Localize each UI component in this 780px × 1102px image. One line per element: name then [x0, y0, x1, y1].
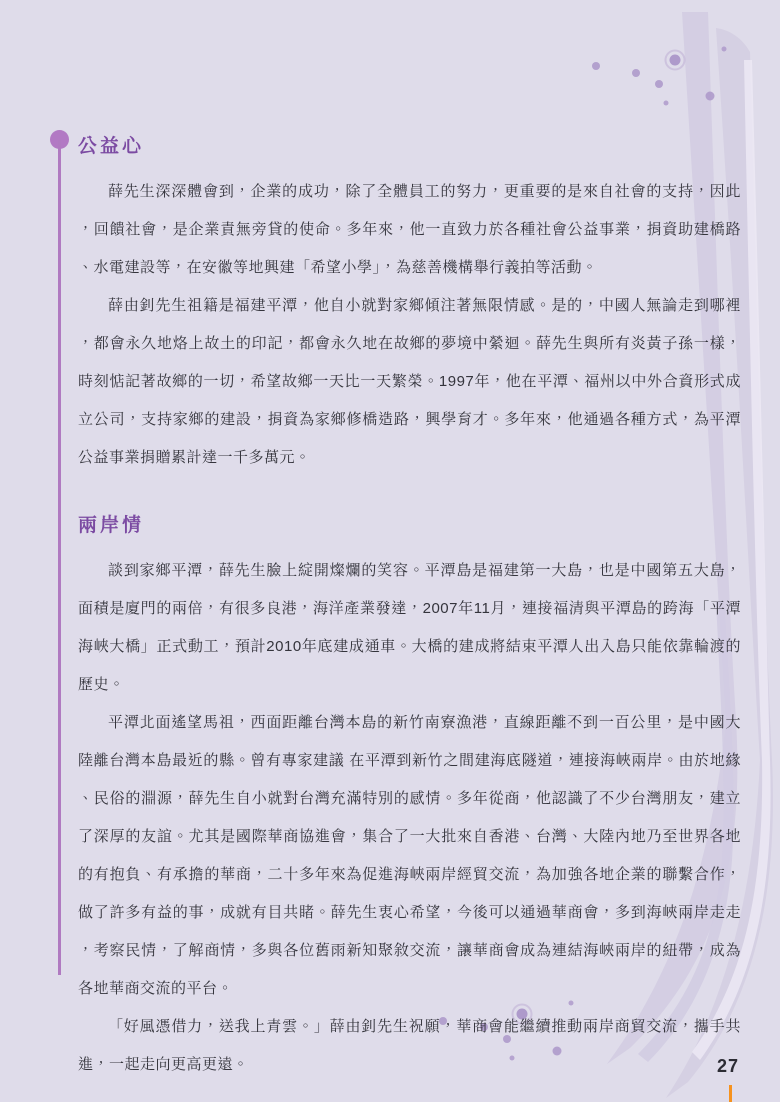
section-heading: 公益心: [78, 134, 741, 160]
section-heading: 兩岸情: [78, 513, 741, 539]
page-number: 27: [717, 1056, 753, 1077]
paragraph: 談到家鄉平潭，薛先生臉上綻開燦爛的笑容。平潭島是福建第一大島，也是中國第五大島，…: [78, 552, 741, 704]
section-marker-line: [58, 140, 61, 975]
magazine-page: 公益心 薛先生深深體會到，企業的成功，除了全體員工的努力，更重要的是來自社會的支…: [0, 0, 780, 1102]
dot-cluster-top: [592, 47, 727, 106]
page-number-tick: [729, 1085, 732, 1102]
paragraph: 「好風憑借力，送我上青雲。」薛由釗先生祝願，華商會能繼續推動兩岸商貿交流，攜手共…: [78, 1008, 741, 1084]
paragraph: 薛由釗先生祖籍是福建平潭，他自小就對家鄉傾注著無限情感。是的，中國人無論走到哪裡…: [78, 287, 741, 477]
article-content: 公益心 薛先生深深體會到，企業的成功，除了全體員工的努力，更重要的是來自社會的支…: [78, 134, 741, 1084]
paragraph: 平潭北面遙望馬祖，西面距離台灣本島的新竹南寮漁港，直線距離不到一百公里，是中國大…: [78, 704, 741, 1008]
paragraph: 薛先生深深體會到，企業的成功，除了全體員工的努力，更重要的是來自社會的支持，因此…: [78, 173, 741, 287]
section-cross-strait: 兩岸情 談到家鄉平潭，薛先生臉上綻開燦爛的笑容。平潭島是福建第一大島，也是中國第…: [78, 513, 741, 1084]
section-public-welfare: 公益心 薛先生深深體會到，企業的成功，除了全體員工的努力，更重要的是來自社會的支…: [78, 134, 741, 477]
